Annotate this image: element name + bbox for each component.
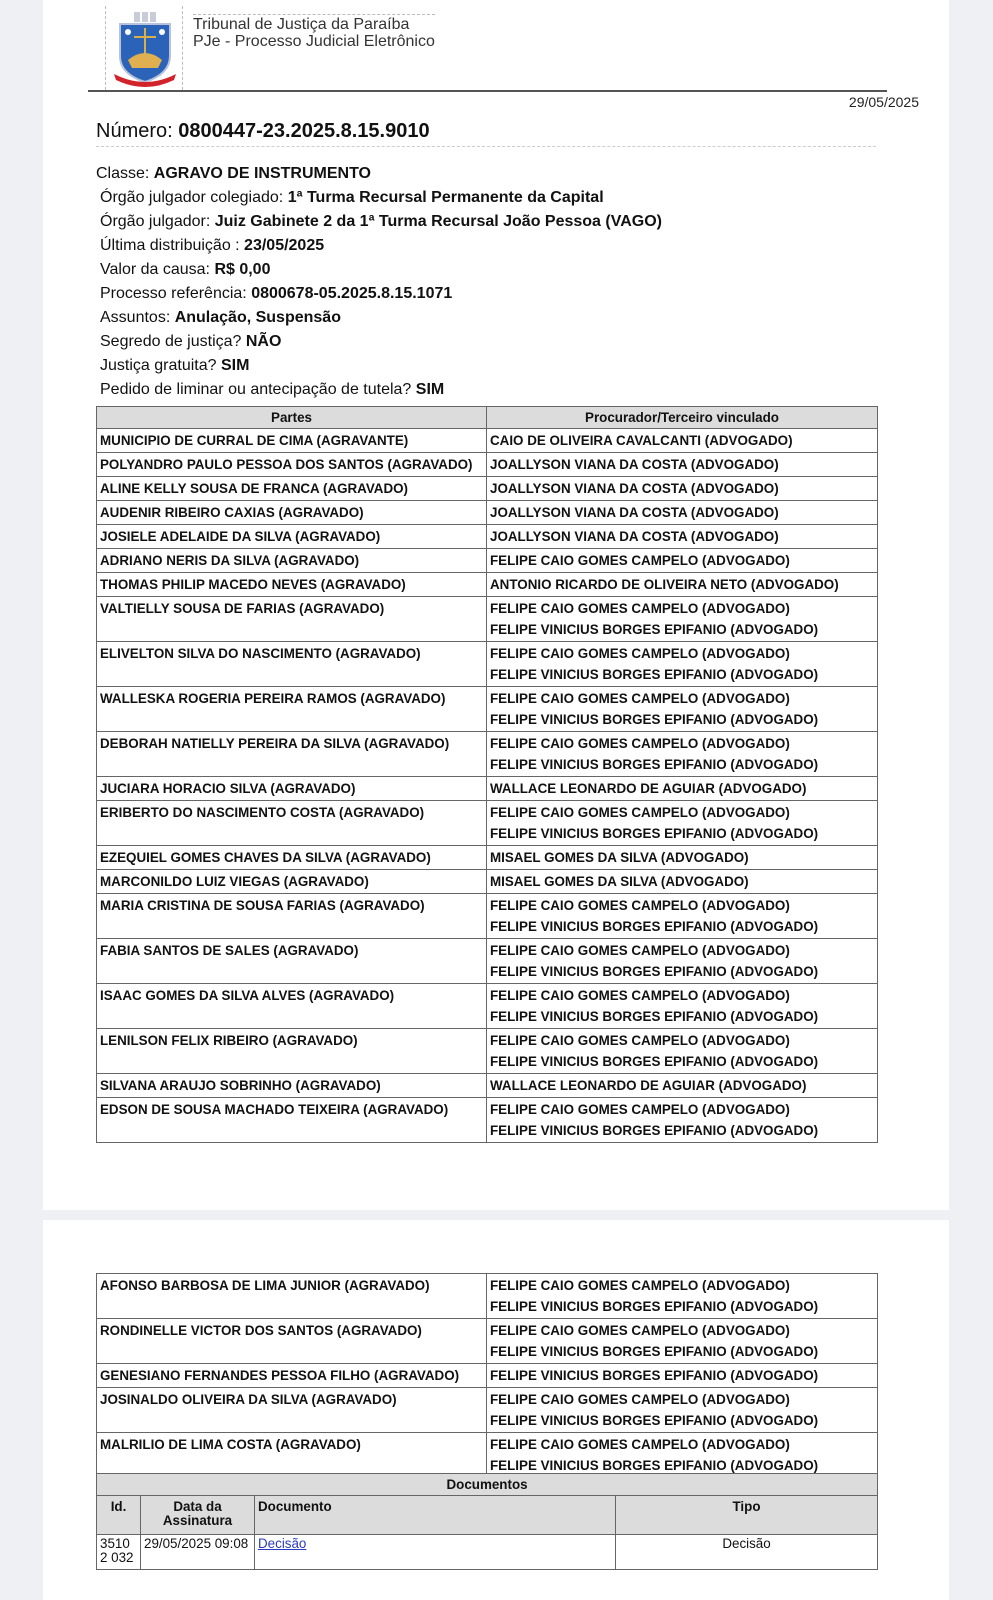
- party-name: ALINE KELLY SOUSA DE FRANCA (AGRAVADO): [97, 477, 487, 501]
- lawyer-name: JOALLYSON VIANA DA COSTA (ADVOGADO): [490, 478, 874, 499]
- lawyer-list: FELIPE CAIO GOMES CAMPELO (ADVOGADO)FELI…: [487, 1319, 878, 1364]
- lawyer-list: ANTONIO RICARDO DE OLIVEIRA NETO (ADVOGA…: [487, 573, 878, 597]
- lawyer-name: WALLACE LEONARDO DE AGUIAR (ADVOGADO): [490, 778, 874, 799]
- party-text: VALTIELLY SOUSA DE FARIAS (AGRAVADO): [100, 598, 483, 619]
- document-cell: Decisão: [255, 1535, 616, 1570]
- table-row: MUNICIPIO DE CURRAL DE CIMA (AGRAVANTE)C…: [97, 429, 878, 453]
- party-name: ELIVELTON SILVA DO NASCIMENTO (AGRAVADO): [97, 642, 487, 687]
- table-row: MARIA CRISTINA DE SOUSA FARIAS (AGRAVADO…: [97, 894, 878, 939]
- table-row: WALLESKA ROGERIA PEREIRA RAMOS (AGRAVADO…: [97, 687, 878, 732]
- party-text: JOSIELE ADELAIDE DA SILVA (AGRAVADO): [100, 526, 483, 547]
- party-name: THOMAS PHILIP MACEDO NEVES (AGRAVADO): [97, 573, 487, 597]
- lawyer-list: FELIPE CAIO GOMES CAMPELO (ADVOGADO)FELI…: [487, 597, 878, 642]
- info-line: Pedido de liminar ou antecipação de tute…: [96, 378, 662, 402]
- info-line: Classe: AGRAVO DE INSTRUMENTO: [96, 162, 662, 186]
- party-name: MUNICIPIO DE CURRAL DE CIMA (AGRAVANTE): [97, 429, 487, 453]
- info-label: Valor da causa:: [100, 261, 214, 278]
- party-text: ERIBERTO DO NASCIMENTO COSTA (AGRAVADO): [100, 802, 483, 823]
- documents-title: Documentos: [97, 1474, 878, 1496]
- party-name: FABIA SANTOS DE SALES (AGRAVADO): [97, 939, 487, 984]
- info-value: SIM: [221, 357, 249, 374]
- table-row: VALTIELLY SOUSA DE FARIAS (AGRAVADO)FELI…: [97, 597, 878, 642]
- party-text: FABIA SANTOS DE SALES (AGRAVADO): [100, 940, 483, 961]
- party-text: RONDINELLE VICTOR DOS SANTOS (AGRAVADO): [100, 1320, 483, 1341]
- party-text: AFONSO BARBOSA DE LIMA JUNIOR (AGRAVADO): [100, 1275, 483, 1296]
- party-name: EZEQUIEL GOMES CHAVES DA SILVA (AGRAVADO…: [97, 846, 487, 870]
- header-divider: [88, 90, 887, 92]
- party-name: EDSON DE SOUSA MACHADO TEIXEIRA (AGRAVAD…: [97, 1098, 487, 1143]
- documents-table: Documentos Id. Data da Assinatura Docume…: [96, 1473, 878, 1570]
- info-line: Órgão julgador: Juiz Gabinete 2 da 1ª Tu…: [96, 210, 662, 234]
- lawyer-name: FELIPE CAIO GOMES CAMPELO (ADVOGADO): [490, 802, 874, 823]
- party-text: JUCIARA HORACIO SILVA (AGRAVADO): [100, 778, 483, 799]
- column-header-partes: Partes: [97, 407, 487, 429]
- lawyer-name: FELIPE VINICIUS BORGES EPIFANIO (ADVOGAD…: [490, 1341, 874, 1362]
- lawyer-list: FELIPE CAIO GOMES CAMPELO (ADVOGADO)FELI…: [487, 1388, 878, 1433]
- party-name: LENILSON FELIX RIBEIRO (AGRAVADO): [97, 1029, 487, 1074]
- party-name: MARIA CRISTINA DE SOUSA FARIAS (AGRAVADO…: [97, 894, 487, 939]
- lawyer-name: FELIPE VINICIUS BORGES EPIFANIO (ADVOGAD…: [490, 754, 874, 775]
- table-row: EDSON DE SOUSA MACHADO TEIXEIRA (AGRAVAD…: [97, 1098, 878, 1143]
- lawyer-name: FELIPE VINICIUS BORGES EPIFANIO (ADVOGAD…: [490, 823, 874, 844]
- info-line: Segredo de justiça? NÃO: [96, 330, 662, 354]
- party-text: SILVANA ARAUJO SOBRINHO (AGRAVADO): [100, 1075, 483, 1096]
- lawyer-name: FELIPE CAIO GOMES CAMPELO (ADVOGADO): [490, 1389, 874, 1410]
- info-line: Processo referência: 0800678-05.2025.8.1…: [96, 282, 662, 306]
- table-row: DEBORAH NATIELLY PEREIRA DA SILVA (AGRAV…: [97, 732, 878, 777]
- party-name: GENESIANO FERNANDES PESSOA FILHO (AGRAVA…: [97, 1364, 487, 1388]
- court-logo: [105, 6, 183, 90]
- party-name: VALTIELLY SOUSA DE FARIAS (AGRAVADO): [97, 597, 487, 642]
- lawyer-name: FELIPE CAIO GOMES CAMPELO (ADVOGADO): [490, 940, 874, 961]
- party-text: GENESIANO FERNANDES PESSOA FILHO (AGRAVA…: [100, 1365, 483, 1386]
- lawyer-name: FELIPE VINICIUS BORGES EPIFANIO (ADVOGAD…: [490, 1006, 874, 1027]
- party-text: DEBORAH NATIELLY PEREIRA DA SILVA (AGRAV…: [100, 733, 483, 754]
- info-value: Anulação, Suspensão: [175, 309, 341, 326]
- party-text: WALLESKA ROGERIA PEREIRA RAMOS (AGRAVADO…: [100, 688, 483, 709]
- party-name: POLYANDRO PAULO PESSOA DOS SANTOS (AGRAV…: [97, 453, 487, 477]
- party-text: ALINE KELLY SOUSA DE FRANCA (AGRAVADO): [100, 478, 483, 499]
- lawyer-name: FELIPE VINICIUS BORGES EPIFANIO (ADVOGAD…: [490, 916, 874, 937]
- lawyer-name: FELIPE VINICIUS BORGES EPIFANIO (ADVOGAD…: [490, 1296, 874, 1317]
- party-text: POLYANDRO PAULO PESSOA DOS SANTOS (AGRAV…: [100, 454, 483, 475]
- info-line: Valor da causa: R$ 0,00: [96, 258, 662, 282]
- lawyer-list: FELIPE CAIO GOMES CAMPELO (ADVOGADO)FELI…: [487, 1274, 878, 1319]
- party-text: THOMAS PHILIP MACEDO NEVES (AGRAVADO): [100, 574, 483, 595]
- lawyer-list: WALLACE LEONARDO DE AGUIAR (ADVOGADO): [487, 777, 878, 801]
- party-name: WALLESKA ROGERIA PEREIRA RAMOS (AGRAVADO…: [97, 687, 487, 732]
- info-value: 23/05/2025: [244, 237, 324, 254]
- info-label: Pedido de liminar ou antecipação de tute…: [100, 381, 416, 398]
- lawyer-list: FELIPE CAIO GOMES CAMPELO (ADVOGADO)FELI…: [487, 1029, 878, 1074]
- lawyer-name: MISAEL GOMES DA SILVA (ADVOGADO): [490, 871, 874, 892]
- table-row: POLYANDRO PAULO PESSOA DOS SANTOS (AGRAV…: [97, 453, 878, 477]
- lawyer-name: FELIPE CAIO GOMES CAMPELO (ADVOGADO): [490, 1275, 874, 1296]
- lawyer-name: FELIPE VINICIUS BORGES EPIFANIO (ADVOGAD…: [490, 709, 874, 730]
- lawyer-list: FELIPE CAIO GOMES CAMPELO (ADVOGADO): [487, 549, 878, 573]
- party-name: DEBORAH NATIELLY PEREIRA DA SILVA (AGRAV…: [97, 732, 487, 777]
- info-line: Justiça gratuita? SIM: [96, 354, 662, 378]
- lawyer-name: CAIO DE OLIVEIRA CAVALCANTI (ADVOGADO): [490, 430, 874, 451]
- column-header-signed-at: Data da Assinatura: [141, 1496, 255, 1535]
- table-row: JOSINALDO OLIVEIRA DA SILVA (AGRAVADO)FE…: [97, 1388, 878, 1433]
- lawyer-name: FELIPE VINICIUS BORGES EPIFANIO (ADVOGAD…: [490, 1365, 874, 1386]
- info-value: 1ª Turma Recursal Permanente da Capital: [288, 189, 604, 206]
- info-label: Justiça gratuita?: [100, 357, 221, 374]
- party-text: ELIVELTON SILVA DO NASCIMENTO (AGRAVADO): [100, 643, 483, 664]
- lawyer-list: JOALLYSON VIANA DA COSTA (ADVOGADO): [487, 501, 878, 525]
- table-row: ADRIANO NERIS DA SILVA (AGRAVADO)FELIPE …: [97, 549, 878, 573]
- lawyer-list: MISAEL GOMES DA SILVA (ADVOGADO): [487, 870, 878, 894]
- number-divider: [96, 146, 876, 147]
- party-text: EZEQUIEL GOMES CHAVES DA SILVA (AGRAVADO…: [100, 847, 483, 868]
- info-label: Segredo de justiça?: [100, 333, 246, 350]
- lawyer-list: FELIPE VINICIUS BORGES EPIFANIO (ADVOGAD…: [487, 1364, 878, 1388]
- party-text: LENILSON FELIX RIBEIRO (AGRAVADO): [100, 1030, 483, 1051]
- party-text: AUDENIR RIBEIRO CAXIAS (AGRAVADO): [100, 502, 483, 523]
- table-row: JUCIARA HORACIO SILVA (AGRAVADO)WALLACE …: [97, 777, 878, 801]
- lawyer-name: ANTONIO RICARDO DE OLIVEIRA NETO (ADVOGA…: [490, 574, 874, 595]
- table-row: THOMAS PHILIP MACEDO NEVES (AGRAVADO)ANT…: [97, 573, 878, 597]
- process-info: Classe: AGRAVO DE INSTRUMENTOÓrgão julga…: [96, 162, 662, 402]
- info-value: 0800678-05.2025.8.15.1071: [251, 285, 452, 302]
- column-header-procurador: Procurador/Terceiro vinculado: [487, 407, 878, 429]
- lawyer-list: FELIPE CAIO GOMES CAMPELO (ADVOGADO)FELI…: [487, 894, 878, 939]
- court-title-block: Tribunal de Justiça da Paraíba PJe - Pro…: [193, 14, 435, 50]
- column-header-type: Tipo: [616, 1496, 878, 1535]
- table-row: AUDENIR RIBEIRO CAXIAS (AGRAVADO)JOALLYS…: [97, 501, 878, 525]
- info-label: Órgão julgador colegiado:: [100, 189, 288, 206]
- lawyer-name: FELIPE CAIO GOMES CAMPELO (ADVOGADO): [490, 1434, 874, 1455]
- court-name: Tribunal de Justiça da Paraíba: [193, 16, 435, 33]
- process-number-label: Número:: [96, 120, 178, 142]
- party-name: JOSINALDO OLIVEIRA DA SILVA (AGRAVADO): [97, 1388, 487, 1433]
- info-line: Assuntos: Anulação, Suspensão: [96, 306, 662, 330]
- lawyer-list: WALLACE LEONARDO DE AGUIAR (ADVOGADO): [487, 1074, 878, 1098]
- lawyer-name: FELIPE CAIO GOMES CAMPELO (ADVOGADO): [490, 598, 874, 619]
- lawyer-name: FELIPE VINICIUS BORGES EPIFANIO (ADVOGAD…: [490, 664, 874, 685]
- party-name: AFONSO BARBOSA DE LIMA JUNIOR (AGRAVADO): [97, 1274, 487, 1319]
- process-number: Número: 0800447-23.2025.8.15.9010: [96, 120, 430, 143]
- info-label: Classe:: [96, 165, 154, 182]
- info-label: Assuntos:: [100, 309, 175, 326]
- party-name: ADRIANO NERIS DA SILVA (AGRAVADO): [97, 549, 487, 573]
- lawyer-name: FELIPE CAIO GOMES CAMPELO (ADVOGADO): [490, 550, 874, 571]
- table-row: LENILSON FELIX RIBEIRO (AGRAVADO)FELIPE …: [97, 1029, 878, 1074]
- party-name: RONDINELLE VICTOR DOS SANTOS (AGRAVADO): [97, 1319, 487, 1364]
- lawyer-list: JOALLYSON VIANA DA COSTA (ADVOGADO): [487, 525, 878, 549]
- party-text: MARCONILDO LUIZ VIEGAS (AGRAVADO): [100, 871, 483, 892]
- party-name: MALRILIO DE LIMA COSTA (AGRAVADO): [97, 1433, 487, 1478]
- party-text: MUNICIPIO DE CURRAL DE CIMA (AGRAVANTE): [100, 430, 483, 451]
- lawyer-name: JOALLYSON VIANA DA COSTA (ADVOGADO): [490, 454, 874, 475]
- table-row: SILVANA ARAUJO SOBRINHO (AGRAVADO)WALLAC…: [97, 1074, 878, 1098]
- info-value: R$ 0,00: [214, 261, 270, 278]
- info-value: NÃO: [246, 333, 282, 350]
- table-row: 35102 032 29/05/2025 09:08 Decisão Decis…: [97, 1535, 878, 1570]
- party-name: JOSIELE ADELAIDE DA SILVA (AGRAVADO): [97, 525, 487, 549]
- table-row: GENESIANO FERNANDES PESSOA FILHO (AGRAVA…: [97, 1364, 878, 1388]
- lawyer-name: MISAEL GOMES DA SILVA (ADVOGADO): [490, 847, 874, 868]
- info-line: Órgão julgador colegiado: 1ª Turma Recur…: [96, 186, 662, 210]
- lawyer-list: FELIPE CAIO GOMES CAMPELO (ADVOGADO)FELI…: [487, 984, 878, 1029]
- party-text: MALRILIO DE LIMA COSTA (AGRAVADO): [100, 1434, 483, 1455]
- lawyer-name: FELIPE CAIO GOMES CAMPELO (ADVOGADO): [490, 1099, 874, 1120]
- lawyer-list: FELIPE CAIO GOMES CAMPELO (ADVOGADO)FELI…: [487, 1433, 878, 1478]
- party-text: ADRIANO NERIS DA SILVA (AGRAVADO): [100, 550, 483, 571]
- table-row: ISAAC GOMES DA SILVA ALVES (AGRAVADO)FEL…: [97, 984, 878, 1029]
- party-name: MARCONILDO LUIZ VIEGAS (AGRAVADO): [97, 870, 487, 894]
- lawyer-name: FELIPE CAIO GOMES CAMPELO (ADVOGADO): [490, 985, 874, 1006]
- info-label: Órgão julgador:: [100, 213, 215, 230]
- party-name: ERIBERTO DO NASCIMENTO COSTA (AGRAVADO): [97, 801, 487, 846]
- document-header: Tribunal de Justiça da Paraíba PJe - Pro…: [105, 4, 445, 86]
- table-row: FABIA SANTOS DE SALES (AGRAVADO)FELIPE C…: [97, 939, 878, 984]
- print-date: 29/05/2025: [849, 94, 919, 110]
- lawyer-name: FELIPE CAIO GOMES CAMPELO (ADVOGADO): [490, 895, 874, 916]
- lawyer-list: FELIPE CAIO GOMES CAMPELO (ADVOGADO)FELI…: [487, 801, 878, 846]
- info-value: SIM: [416, 381, 444, 398]
- document-link[interactable]: Decisão: [258, 1536, 306, 1551]
- coat-of-arms-icon: [106, 6, 182, 90]
- lawyer-list: FELIPE CAIO GOMES CAMPELO (ADVOGADO)FELI…: [487, 732, 878, 777]
- table-row: AFONSO BARBOSA DE LIMA JUNIOR (AGRAVADO)…: [97, 1274, 878, 1319]
- lawyer-name: FELIPE CAIO GOMES CAMPELO (ADVOGADO): [490, 733, 874, 754]
- lawyer-list: JOALLYSON VIANA DA COSTA (ADVOGADO): [487, 477, 878, 501]
- lawyer-name: JOALLYSON VIANA DA COSTA (ADVOGADO): [490, 502, 874, 523]
- lawyer-list: CAIO DE OLIVEIRA CAVALCANTI (ADVOGADO): [487, 429, 878, 453]
- column-header-id: Id.: [97, 1496, 141, 1535]
- table-row: ERIBERTO DO NASCIMENTO COSTA (AGRAVADO)F…: [97, 801, 878, 846]
- party-name: AUDENIR RIBEIRO CAXIAS (AGRAVADO): [97, 501, 487, 525]
- party-text: EDSON DE SOUSA MACHADO TEIXEIRA (AGRAVAD…: [100, 1099, 483, 1120]
- lawyer-name: WALLACE LEONARDO DE AGUIAR (ADVOGADO): [490, 1075, 874, 1096]
- document-id: 35102 032: [97, 1535, 141, 1570]
- info-label: Última distribuição :: [100, 237, 244, 254]
- lawyer-name: FELIPE CAIO GOMES CAMPELO (ADVOGADO): [490, 643, 874, 664]
- parties-table: Partes Procurador/Terceiro vinculado MUN…: [96, 406, 878, 1143]
- lawyer-list: FELIPE CAIO GOMES CAMPELO (ADVOGADO)FELI…: [487, 687, 878, 732]
- column-header-document: Documento: [255, 1496, 616, 1535]
- lawyer-list: JOALLYSON VIANA DA COSTA (ADVOGADO): [487, 453, 878, 477]
- lawyer-list: FELIPE CAIO GOMES CAMPELO (ADVOGADO)FELI…: [487, 939, 878, 984]
- process-number-value: 0800447-23.2025.8.15.9010: [178, 120, 429, 142]
- lawyer-name: FELIPE CAIO GOMES CAMPELO (ADVOGADO): [490, 688, 874, 709]
- lawyer-name: FELIPE VINICIUS BORGES EPIFANIO (ADVOGAD…: [490, 1120, 874, 1141]
- info-line: Última distribuição : 23/05/2025: [96, 234, 662, 258]
- lawyer-name: FELIPE VINICIUS BORGES EPIFANIO (ADVOGAD…: [490, 619, 874, 640]
- lawyer-list: FELIPE CAIO GOMES CAMPELO (ADVOGADO)FELI…: [487, 642, 878, 687]
- lawyer-list: MISAEL GOMES DA SILVA (ADVOGADO): [487, 846, 878, 870]
- party-text: ISAAC GOMES DA SILVA ALVES (AGRAVADO): [100, 985, 483, 1006]
- document-signed-at: 29/05/2025 09:08: [141, 1535, 255, 1570]
- table-row: MALRILIO DE LIMA COSTA (AGRAVADO)FELIPE …: [97, 1433, 878, 1478]
- document-type: Decisão: [616, 1535, 878, 1570]
- table-row: JOSIELE ADELAIDE DA SILVA (AGRAVADO)JOAL…: [97, 525, 878, 549]
- system-name: PJe - Processo Judicial Eletrônico: [193, 33, 435, 50]
- party-name: SILVANA ARAUJO SOBRINHO (AGRAVADO): [97, 1074, 487, 1098]
- lawyer-name: JOALLYSON VIANA DA COSTA (ADVOGADO): [490, 526, 874, 547]
- parties-table-continued: AFONSO BARBOSA DE LIMA JUNIOR (AGRAVADO)…: [96, 1273, 878, 1478]
- lawyer-name: FELIPE CAIO GOMES CAMPELO (ADVOGADO): [490, 1030, 874, 1051]
- table-row: ELIVELTON SILVA DO NASCIMENTO (AGRAVADO)…: [97, 642, 878, 687]
- table-row: ALINE KELLY SOUSA DE FRANCA (AGRAVADO)JO…: [97, 477, 878, 501]
- lawyer-list: FELIPE CAIO GOMES CAMPELO (ADVOGADO)FELI…: [487, 1098, 878, 1143]
- info-value: AGRAVO DE INSTRUMENTO: [154, 165, 371, 182]
- info-label: Processo referência:: [100, 285, 251, 302]
- table-row: RONDINELLE VICTOR DOS SANTOS (AGRAVADO)F…: [97, 1319, 878, 1364]
- lawyer-name: FELIPE VINICIUS BORGES EPIFANIO (ADVOGAD…: [490, 1051, 874, 1072]
- party-name: JUCIARA HORACIO SILVA (AGRAVADO): [97, 777, 487, 801]
- table-row: EZEQUIEL GOMES CHAVES DA SILVA (AGRAVADO…: [97, 846, 878, 870]
- lawyer-name: FELIPE VINICIUS BORGES EPIFANIO (ADVOGAD…: [490, 961, 874, 982]
- lawyer-name: FELIPE VINICIUS BORGES EPIFANIO (ADVOGAD…: [490, 1410, 874, 1431]
- info-value: Juiz Gabinete 2 da 1ª Turma Recursal Joã…: [215, 213, 662, 230]
- table-row: MARCONILDO LUIZ VIEGAS (AGRAVADO)MISAEL …: [97, 870, 878, 894]
- lawyer-name: FELIPE CAIO GOMES CAMPELO (ADVOGADO): [490, 1320, 874, 1341]
- party-text: JOSINALDO OLIVEIRA DA SILVA (AGRAVADO): [100, 1389, 483, 1410]
- party-name: ISAAC GOMES DA SILVA ALVES (AGRAVADO): [97, 984, 487, 1029]
- party-text: MARIA CRISTINA DE SOUSA FARIAS (AGRAVADO…: [100, 895, 483, 916]
